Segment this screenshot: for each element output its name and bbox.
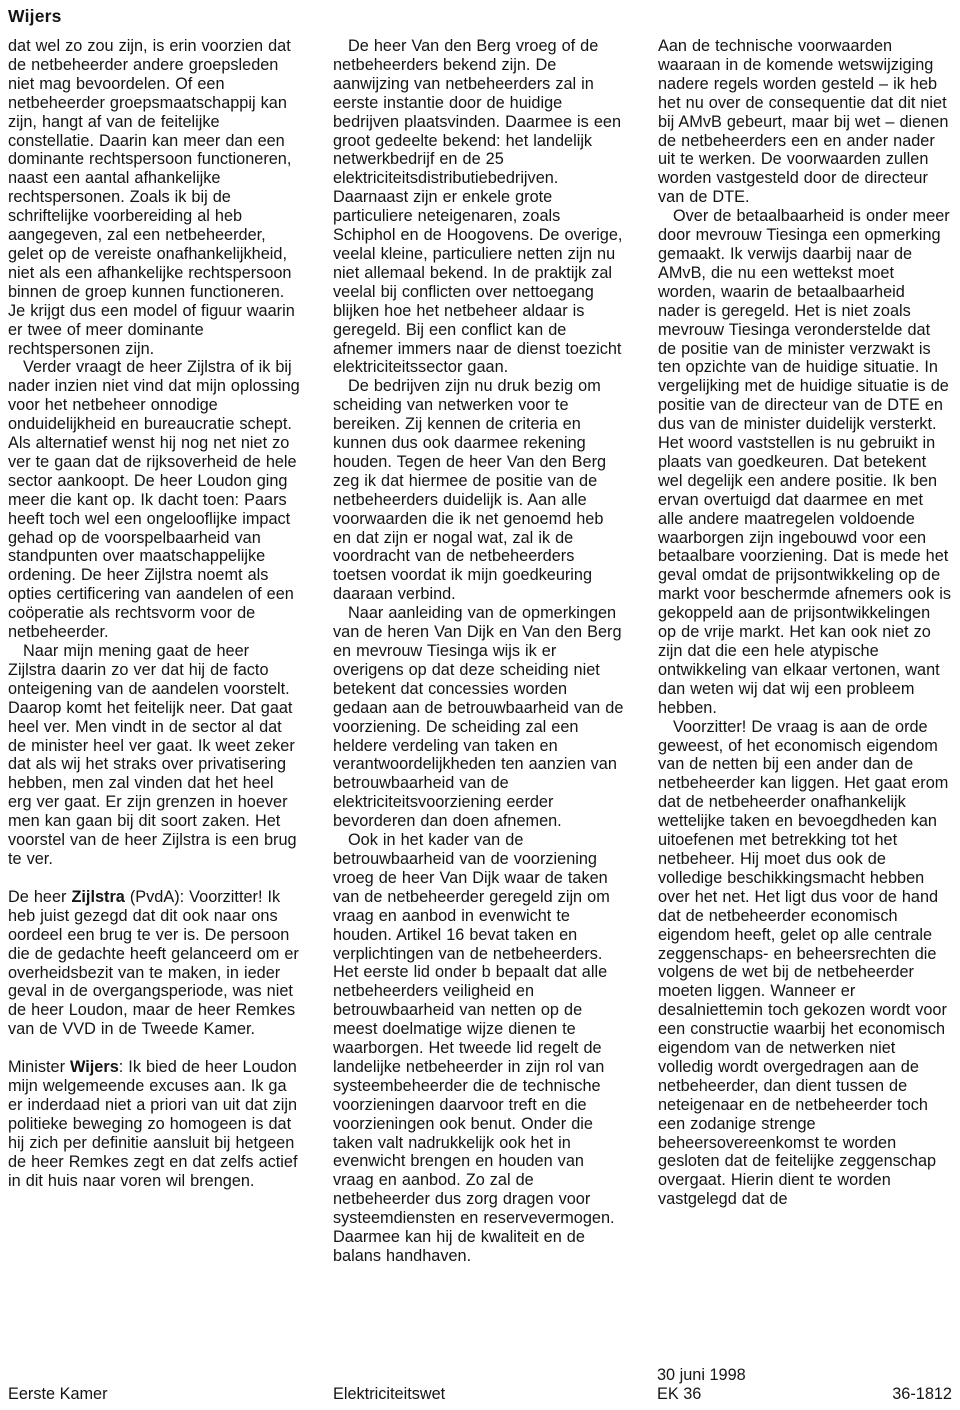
text-column-1: dat wel zo zou zijn, is erin voorzien da…: [8, 37, 301, 1266]
text-run: dat wel zo zou zijn, is erin voorzien da…: [8, 37, 295, 358]
text-run: De heer Van den Berg vroeg of de netbehe…: [333, 37, 622, 376]
text-run: De bedrijven zijn nu druk bezig om schei…: [333, 377, 606, 603]
paragraph: Naar aanleiding van de opmerkingen van d…: [333, 604, 626, 831]
footer-page-number: 36-1812: [892, 1385, 952, 1404]
paragraph: Aan de technische voorwaarden waaraan in…: [658, 37, 951, 207]
text-run: De heer: [8, 888, 71, 906]
speaker-name: Zijlstra: [71, 888, 124, 906]
speaker-header: Wijers: [8, 6, 62, 27]
paragraph: De bedrijven zijn nu druk bezig om schei…: [333, 377, 626, 604]
text-run: (PvdA): Voorzitter! Ik heb juist gezegd …: [8, 888, 299, 1038]
page-footer: Eerste Kamer Elektriciteitswet 30 juni 1…: [8, 1366, 952, 1404]
text-run: Verder vraagt de heer Zijlstra of ik bij…: [8, 358, 300, 641]
text-columns: dat wel zo zou zijn, is erin voorzien da…: [8, 37, 952, 1266]
footer-subject: Elektriciteitswet: [333, 1385, 657, 1404]
footer-session: EK 36: [657, 1385, 892, 1404]
text-column-3: Aan de technische voorwaarden waaraan in…: [658, 37, 951, 1266]
text-run: Voorzitter! De vraag is aan de orde gewe…: [658, 718, 948, 1209]
text-run: Minister: [8, 1058, 70, 1076]
speaker-name: Wijers: [70, 1058, 119, 1076]
text-run: Ook in het kader van de betrouwbaarheid …: [333, 831, 615, 1265]
paragraph: Naar mijn mening gaat de heer Zijlstra d…: [8, 642, 301, 869]
paragraph: De heer Van den Berg vroeg of de netbehe…: [333, 37, 626, 377]
text-run: Over de betaalbaarheid is onder meer doo…: [658, 207, 951, 717]
paragraph: Ook in het kader van de betrouwbaarheid …: [333, 831, 626, 1266]
footer-chamber: Eerste Kamer: [8, 1385, 333, 1404]
paragraph: Over de betaalbaarheid is onder meer doo…: [658, 207, 951, 717]
text-run: Naar mijn mening gaat de heer Zijlstra d…: [8, 642, 297, 868]
text-run: Naar aanleiding van de opmerkingen van d…: [333, 604, 623, 830]
paragraph: dat wel zo zou zijn, is erin voorzien da…: [8, 37, 301, 358]
text-column-2: De heer Van den Berg vroeg of de netbehe…: [333, 37, 626, 1266]
footer-date-session: 30 juni 1998 EK 36: [657, 1366, 892, 1404]
text-run: : Ik bied de heer Loudon mijn welgemeend…: [8, 1058, 297, 1189]
footer-date: 30 juni 1998: [657, 1366, 892, 1385]
paragraph: Minister Wijers: Ik bied de heer Loudon …: [8, 1058, 301, 1190]
paragraph: Verder vraagt de heer Zijlstra of ik bij…: [8, 358, 301, 642]
paragraph: Voorzitter! De vraag is aan de orde gewe…: [658, 718, 951, 1210]
document-page: Wijers dat wel zo zou zijn, is erin voor…: [0, 0, 960, 1410]
text-run: Aan de technische voorwaarden waaraan in…: [658, 37, 948, 206]
paragraph: De heer Zijlstra (PvdA): Voorzitter! Ik …: [8, 888, 301, 1039]
